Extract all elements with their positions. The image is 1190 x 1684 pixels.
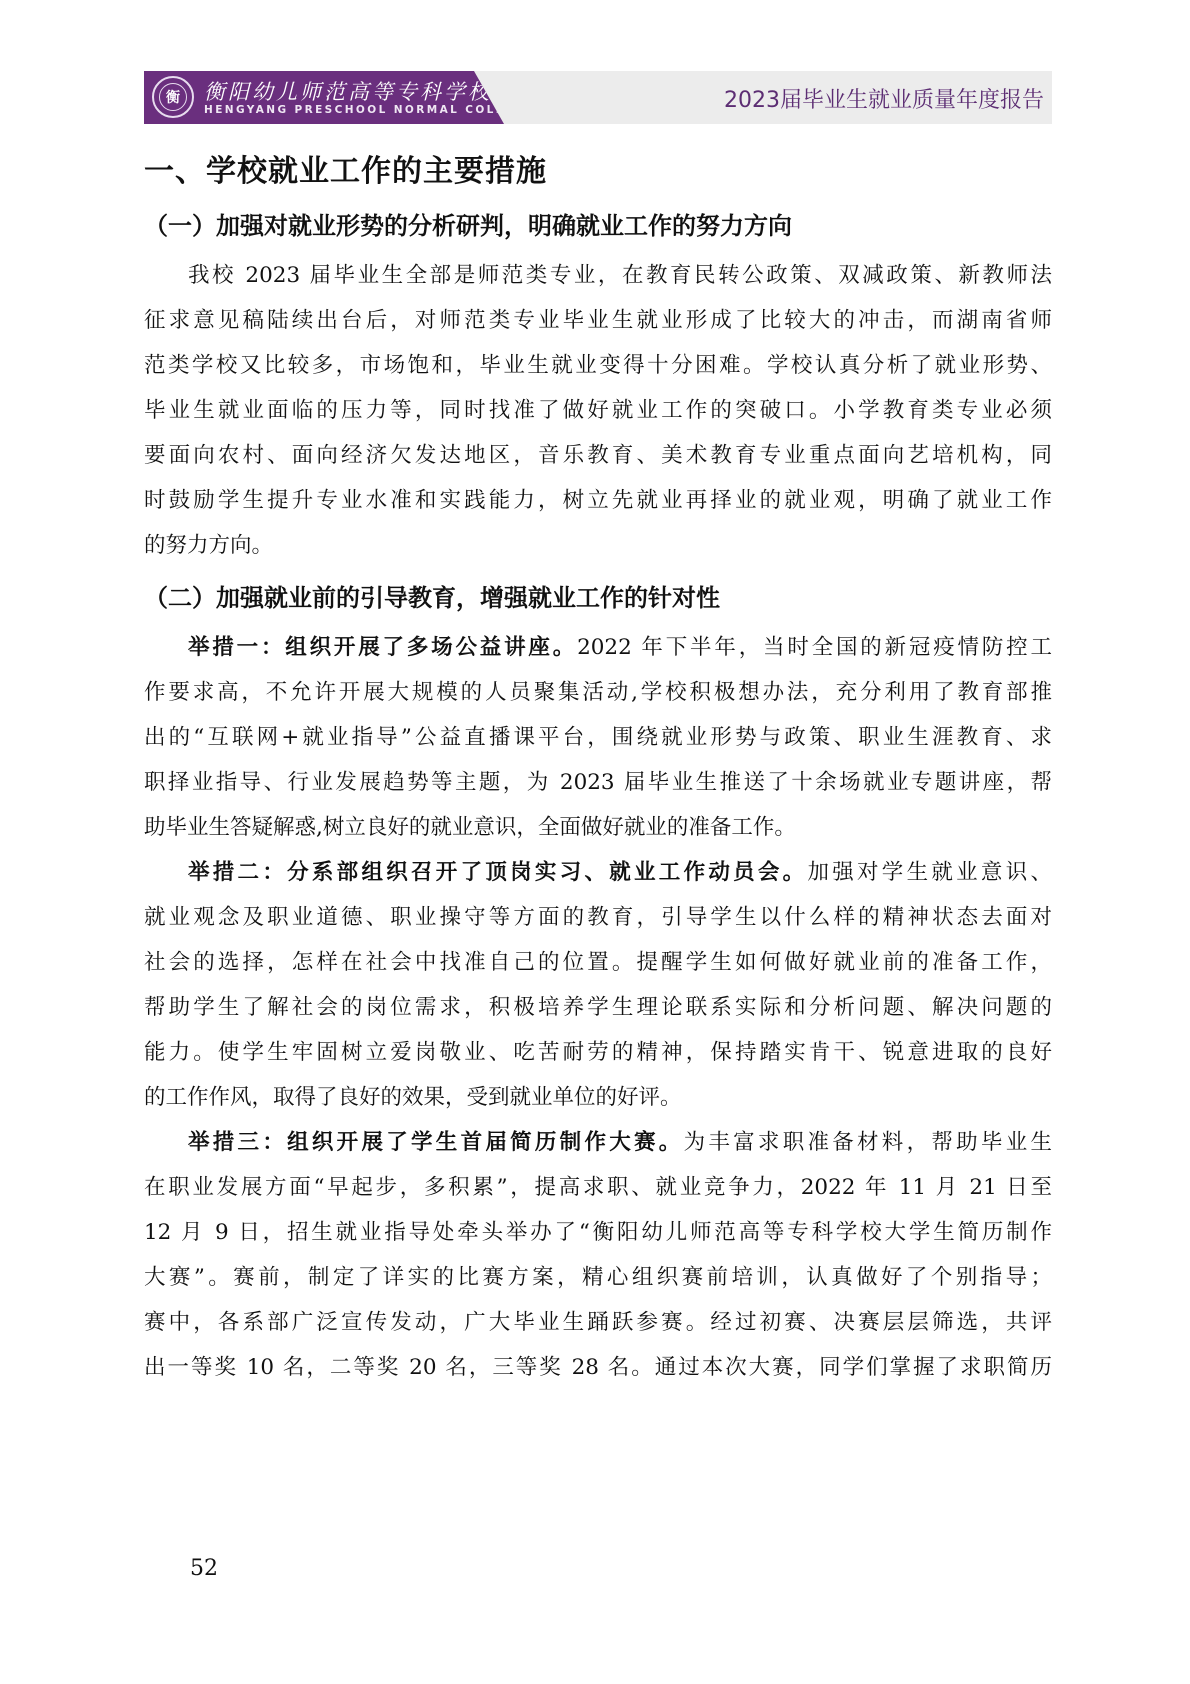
text-span: 加强对学生就业意识、 <box>807 860 1052 885</box>
text-line: 助毕业生答疑解惑,树立良好的就业意识，全面做好就业的准备工作。 <box>144 810 1052 841</box>
text-span: 为丰富求职准备材料，帮助毕业生 <box>684 1130 1052 1155</box>
text-line: 的工作作风，取得了良好的效果，受到就业单位的好评。 <box>144 1080 1052 1111</box>
text-line: 时鼓励学生提升专业水准和实践能力，树立先就业再择业的就业观，明确了就业工作 <box>144 483 1052 514</box>
text-line: 举措一：组织开展了多场公益讲座。2022 年下半年，当时全国的新冠疫情防控工 <box>144 630 1052 661</box>
text-line: 我校 2023 届毕业生全部是师范类专业，在教育民转公政策、双减政策、新教师法 <box>144 258 1052 289</box>
text-line: 职择业指导、行业发展趋势等主题，为 2023 届毕业生推送了十余场就业专题讲座，… <box>144 765 1052 796</box>
text-line: 要面向农村、面向经济欠发达地区，音乐教育、美术教育专业重点面向艺培机构，同 <box>144 438 1052 469</box>
text-line: 的努力方向。 <box>144 528 1052 559</box>
page-number: 52 <box>190 1556 218 1581</box>
school-name-en: HENGYANG PRESCHOOL NORMAL COLLEGE <box>204 104 535 116</box>
subsection-title-2: （二）加强就业前的引导教育，增强就业工作的针对性 <box>144 578 720 613</box>
text-line: 举措二：分系部组织召开了顶岗实习、就业工作动员会。加强对学生就业意识、 <box>144 855 1052 886</box>
text-line: 作要求高，不允许开展大规模的人员聚集活动,学校积极想办法，充分利用了教育部推 <box>144 675 1052 706</box>
text-line: 在职业发展方面“早起步，多积累”，提高求职、就业竞争力，2022 年 11 月 … <box>144 1170 1052 1201</box>
section-title: 一、学校就业工作的主要措施 <box>144 146 547 190</box>
school-seal-icon: 衡 <box>152 76 194 118</box>
text-line: 出一等奖 10 名，二等奖 20 名，三等奖 28 名。通过本次大赛，同学们掌握… <box>144 1350 1052 1381</box>
text-line: 举措三：组织开展了学生首届简历制作大赛。为丰富求职准备材料，帮助毕业生 <box>144 1125 1052 1156</box>
seal-emblem-icon: 衡 <box>159 83 187 111</box>
text-line: 征求意见稿陆续出台后，对师范类专业毕业生就业形成了比较大的冲击，而湖南省师 <box>144 303 1052 334</box>
report-title: 2023届毕业生就业质量年度报告 <box>724 83 1044 114</box>
text-line: 范类学校又比较多，市场饱和，毕业生就业变得十分困难。学校认真分析了就业形势、 <box>144 348 1052 379</box>
text-line: 12 月 9 日，招生就业指导处牵头举办了“衡阳幼儿师范高等专科学校大学生简历制… <box>144 1215 1052 1246</box>
text-line: 毕业生就业面临的压力等，同时找准了做好就业工作的突破口。小学教育类专业必须 <box>144 393 1052 424</box>
school-logo-banner: 衡 衡阳幼儿师范高等专科学校 HENGYANG PRESCHOOL NORMAL… <box>144 71 504 124</box>
measure-2-lead: 举措二：分系部组织召开了顶岗实习、就业工作动员会。 <box>188 860 807 885</box>
measure-3-lead: 举措三：组织开展了学生首届简历制作大赛。 <box>188 1130 684 1155</box>
page-header: 衡 衡阳幼儿师范高等专科学校 HENGYANG PRESCHOOL NORMAL… <box>144 71 1052 124</box>
text-line: 赛中，各系部广泛宣传发动，广大毕业生踊跃参赛。经过初赛、决赛层层筛选，共评 <box>144 1305 1052 1336</box>
text-line: 出的“互联网+就业指导”公益直播课平台，围绕就业形势与政策、职业生涯教育、求 <box>144 720 1052 751</box>
school-name-cn: 衡阳幼儿师范高等专科学校 <box>204 76 492 106</box>
text-line: 大赛”。赛前，制定了详实的比赛方案，精心组织赛前培训，认真做好了个别指导； <box>144 1260 1052 1291</box>
measure-1-lead: 举措一：组织开展了多场公益讲座。 <box>188 635 577 660</box>
text-span: 2022 年下半年，当时全国的新冠疫情防控工 <box>577 635 1052 660</box>
text-line: 社会的选择，怎样在社会中找准自己的位置。提醒学生如何做好就业前的准备工作， <box>144 945 1052 976</box>
text-line: 帮助学生了解社会的岗位需求，积极培养学生理论联系实际和分析问题、解决问题的 <box>144 990 1052 1021</box>
text-line: 就业观念及职业道德、职业操守等方面的教育，引导学生以什么样的精神状态去面对 <box>144 900 1052 931</box>
subsection-title-1: （一）加强对就业形势的分析研判，明确就业工作的努力方向 <box>144 206 792 241</box>
text-line: 能力。使学生牢固树立爱岗敬业、吃苦耐劳的精神，保持踏实肯干、锐意进取的良好 <box>144 1035 1052 1066</box>
